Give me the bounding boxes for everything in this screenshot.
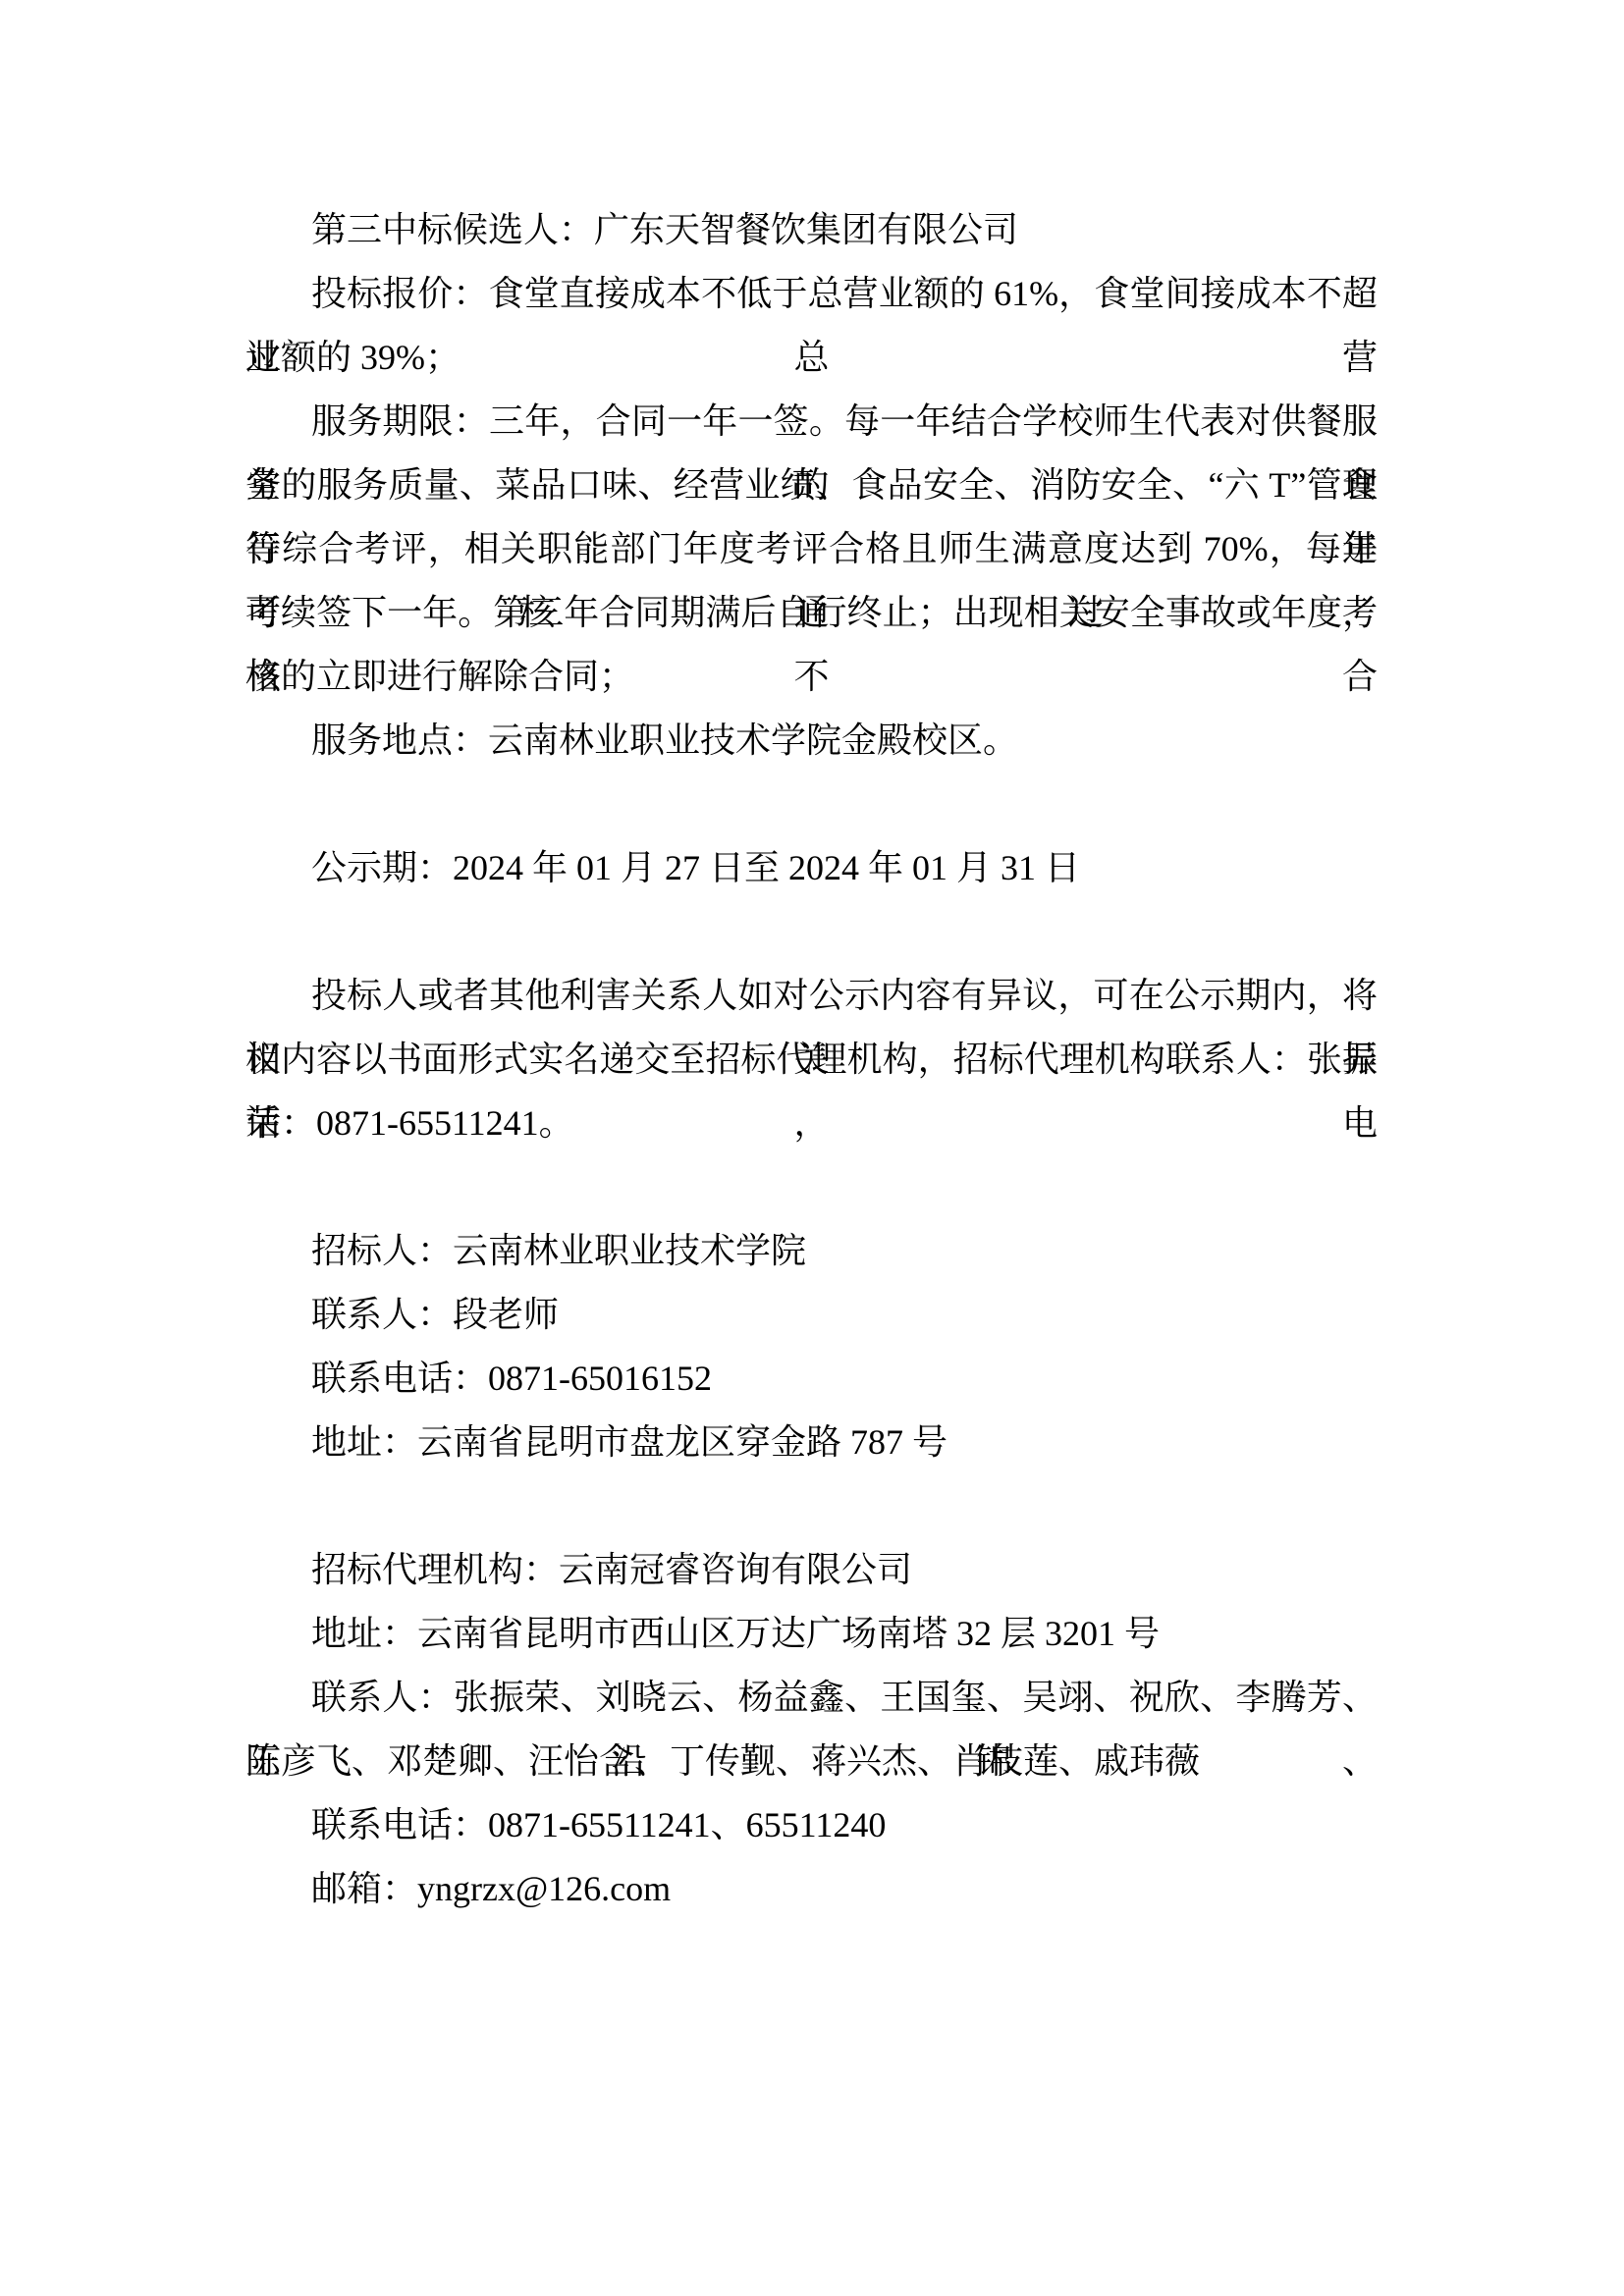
line-agency-address: 地址：云南省昆明市西山区万达广场南塔 32 层 3201 号 [245,1602,1378,1666]
line-service-term-1: 服务期限：三年，合同一年一签。每一年结合学校师生代表对供餐服务的食 [245,390,1378,454]
blank-line [245,900,1378,964]
line-tenderer-contact: 联系人：段老师 [245,1283,1378,1347]
line-agency-email: 邮箱：yngrzx@126.com [245,1857,1378,1921]
line-service-term-3: 行综合考评，相关职能部门年度考评合格且师生满意度达到 70%，每年考核通过， [245,517,1378,581]
line-objection-2: 议内容以书面形式实名递交至招标代理机构，招标代理机构联系人：张振荣，电 [245,1028,1378,1092]
blank-line [245,773,1378,836]
line-tenderer-phone: 联系电话：0871-65016152 [245,1347,1378,1411]
line-agency: 招标代理机构：云南冠睿咨询有限公司 [245,1538,1378,1602]
document-text-block: 第三中标候选人：广东天智餐饮集团有限公司 投标报价：食堂直接成本不低于总营业额的… [245,198,1378,1921]
document-page: 第三中标候选人：广东天智餐饮集团有限公司 投标报价：食堂直接成本不低于总营业额的… [0,0,1624,2296]
line-publicity-period: 公示期：2024 年 01 月 27 日至 2024 年 01 月 31 日 [245,836,1378,900]
line-tenderer-address: 地址：云南省昆明市盘龙区穿金路 787 号 [245,1411,1378,1474]
line-service-location: 服务地点：云南林业职业技术学院金殿校区。 [245,709,1378,773]
blank-line [245,1155,1378,1219]
line-service-term-4: 可续签下一年。第三年合同期满后自行终止；出现相关安全事故或年度考核不合 [245,581,1378,645]
line-third-candidate: 第三中标候选人：广东天智餐饮集团有限公司 [245,198,1378,262]
line-bid-price-1: 投标报价：食堂直接成本不低于总营业额的 61%，食堂间接成本不超过总营 [245,262,1378,326]
blank-line [245,1474,1378,1538]
line-agency-phone: 联系电话：0871-65511241、65511240 [245,1793,1378,1857]
line-service-term-2: 堂的服务质量、菜品口味、经营业绩、食品安全、消防安全、“六 T”管理等进 [245,454,1378,517]
line-tenderer: 招标人：云南林业职业技术学院 [245,1219,1378,1283]
line-objection-1: 投标人或者其他利害关系人如对公示内容有异议，可在公示期内，将相关异 [245,964,1378,1028]
line-agency-contacts-1: 联系人：张振荣、刘晓云、杨益鑫、王国玺、吴翊、祝欣、李腾芳、陈沿锦、 [245,1666,1378,1730]
